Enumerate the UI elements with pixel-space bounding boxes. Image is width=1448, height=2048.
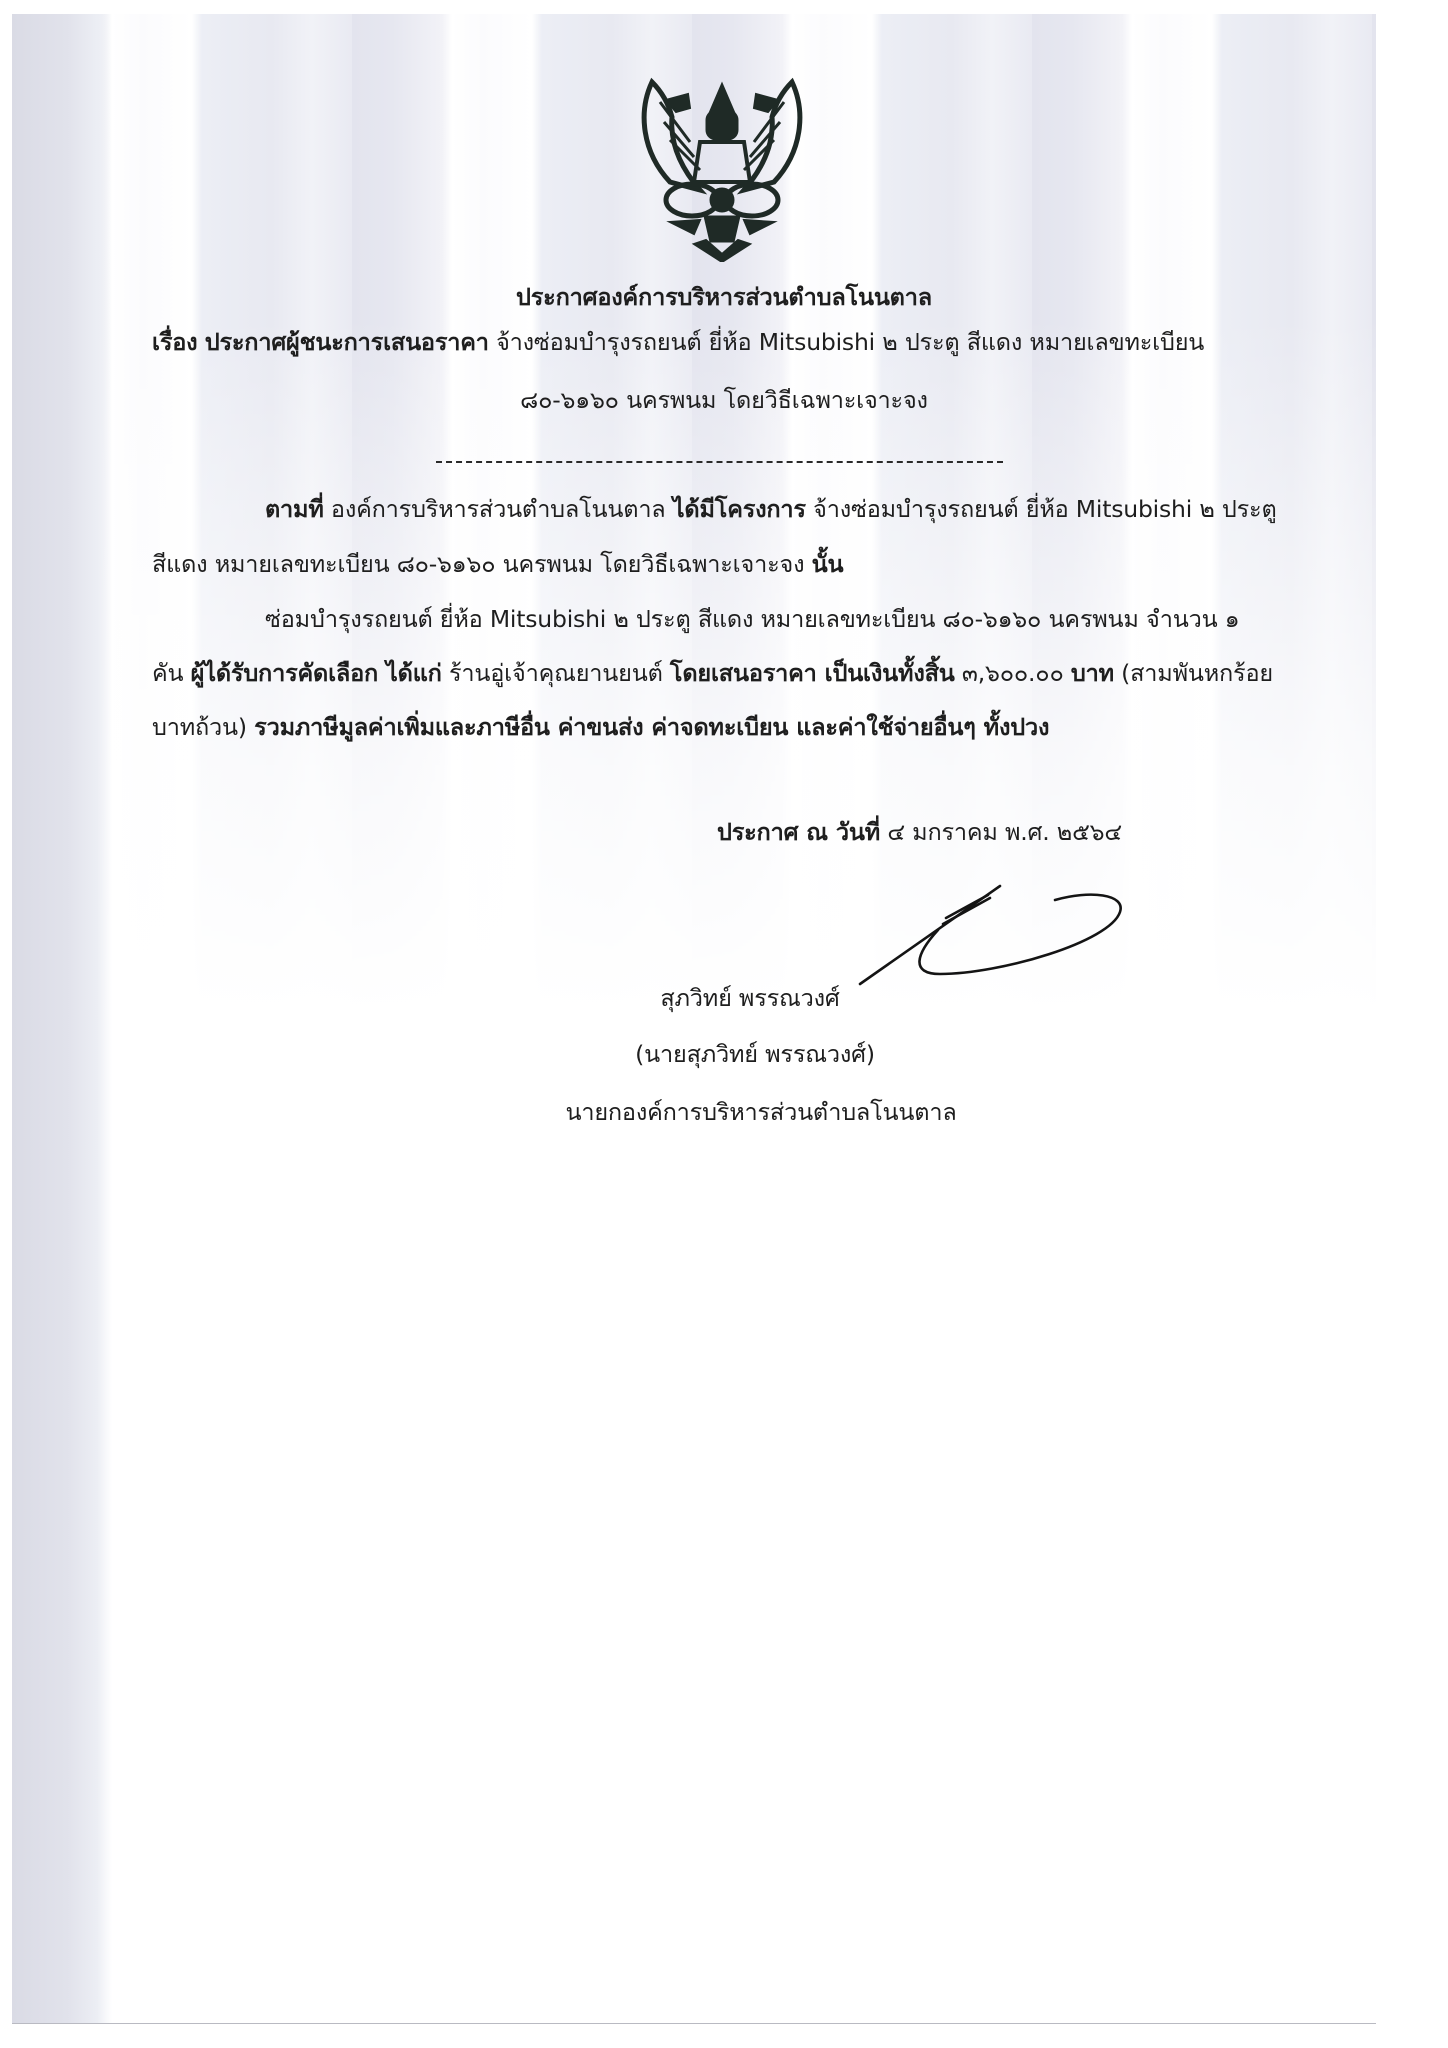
scan-shadow-strip <box>12 14 112 2024</box>
p1-project-label: ได้มีโครงการ <box>673 495 806 523</box>
issuer-heading: ประกาศองค์การบริหารส่วนตำบลโนนตาล <box>0 280 1448 314</box>
p1-project: จ้างซ่อมบำรุงรถยนต์ ยี่ห้อ Mitsubishi ๒ … <box>813 495 1276 523</box>
subject-line-1: เรื่อง ประกาศผู้ชนะการเสนอราคา จ้างซ่อมบ… <box>152 325 1204 359</box>
date-label: ประกาศ ณ วันที่ <box>717 818 880 846</box>
p2-amount: ๓,๖๐๐.๐๐ <box>962 659 1064 687</box>
paragraph-1-line-1: ตามที่ องค์การบริหารส่วนตำบลโนนตาล ได้มี… <box>265 492 1277 526</box>
p1-project-cont: สีแดง หมายเลขทะเบียน ๘๐-๖๑๖๐ นครพนม โดยว… <box>152 550 804 578</box>
p2-amount-words-end: บาทถ้วน) <box>152 713 247 741</box>
signed-name: สุภวิทย์ พรรณวงศ์ <box>0 981 1448 1015</box>
p2-inclusions: รวมภาษีมูลค่าเพิ่มและภาษีอื่น ค่าขนส่ง ค… <box>254 713 1049 741</box>
p1-end: นั้น <box>812 550 844 578</box>
subject-title-rest: จ้างซ่อมบำรุงรถยนต์ ยี่ห้อ Mitsubishi ๒ … <box>496 328 1204 356</box>
subject-line-2: ๘๐-๖๑๖๐ นครพนม โดยวิธีเฉพาะเจาะจง <box>0 383 1448 417</box>
signatory-position: นายกองค์การบริหารส่วนตำบลโนนตาล <box>0 1095 1448 1129</box>
paragraph-2-line-3: บาทถ้วน) รวมภาษีมูลค่าเพิ่มและภาษีอื่น ค… <box>152 710 1049 744</box>
p2-selected-label: ผู้ได้รับการคัดเลือก ได้แก่ <box>191 659 442 687</box>
signatory-full-name: (นายสุภวิทย์ พรรณวงศ์) <box>0 1037 1448 1071</box>
subject-title: ประกาศผู้ชนะการเสนอราคา <box>205 328 489 356</box>
p2-amount-words: (สามพันหกร้อย <box>1121 659 1273 687</box>
signature-icon <box>840 862 1160 992</box>
separator-line <box>436 461 1003 463</box>
p2-unit: คัน <box>152 659 183 687</box>
announcement-date: ประกาศ ณ วันที่ ๔ มกราคม พ.ศ. ๒๕๖๔ <box>717 815 1122 849</box>
p2-winner: ร้านอู่เจ้าคุณยานยนต์ <box>449 659 663 687</box>
p1-lead: ตามที่ <box>265 495 324 523</box>
garuda-emblem-icon <box>630 72 814 262</box>
date-value: ๔ มกราคม พ.ศ. ๒๕๖๔ <box>887 818 1122 846</box>
p1-org: องค์การบริหารส่วนตำบลโนนตาล <box>331 495 666 523</box>
page-bottom-edge <box>12 2023 1376 2024</box>
subject-label: เรื่อง <box>152 328 197 356</box>
paragraph-1-line-2: สีแดง หมายเลขทะเบียน ๘๐-๖๑๖๐ นครพนม โดยว… <box>152 547 843 581</box>
p2-price-label: โดยเสนอราคา เป็นเงินทั้งสิ้น <box>670 659 955 687</box>
paragraph-2-line-1: ซ่อมบำรุงรถยนต์ ยี่ห้อ Mitsubishi ๒ ประต… <box>265 602 1239 636</box>
p2-currency: บาท <box>1071 659 1114 687</box>
paragraph-2-line-2: คัน ผู้ได้รับการคัดเลือก ได้แก่ ร้านอู่เ… <box>152 656 1273 690</box>
scanned-page-background <box>12 14 1376 2028</box>
